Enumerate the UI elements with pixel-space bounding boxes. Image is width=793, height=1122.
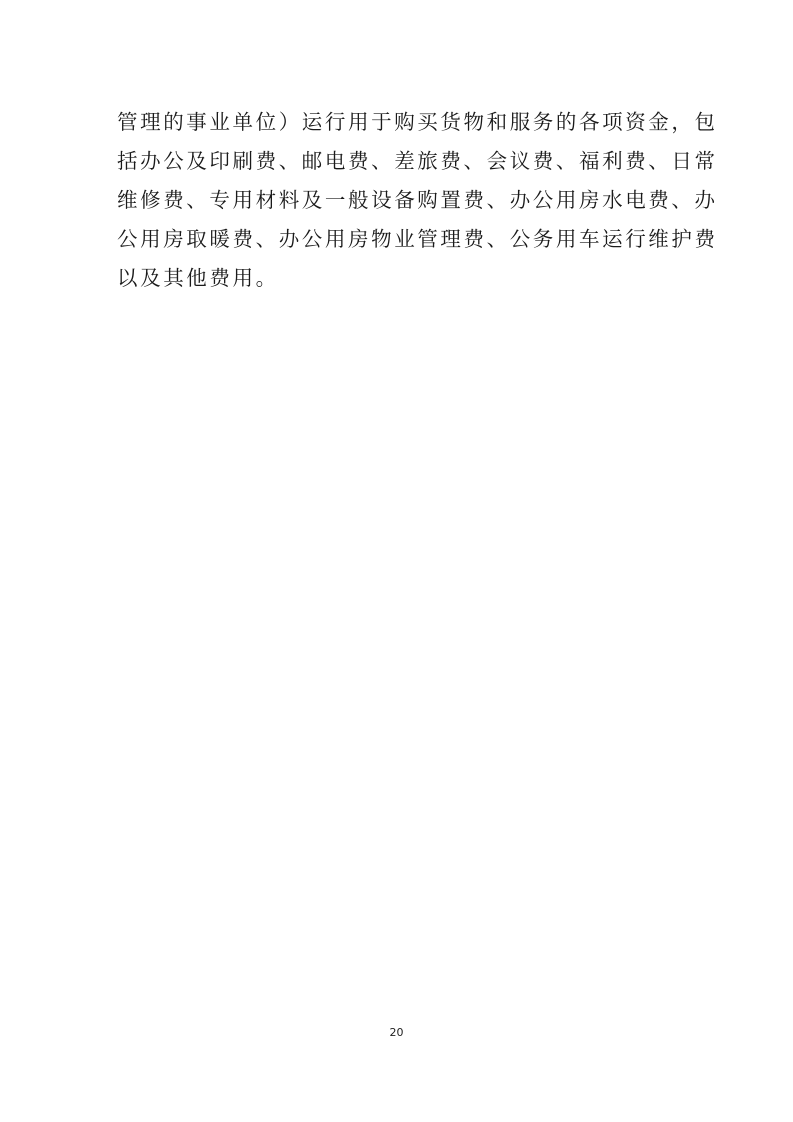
paragraph-line: 公用房取暖费、办公用房物业管理费、公务用车运行维护费 — [117, 220, 677, 259]
paragraph-line: 以及其他费用。 — [117, 259, 677, 298]
document-page: 管理的事业单位）运行用于购买货物和服务的各项资金，包 括办公及印刷费、邮电费、差… — [0, 0, 793, 1122]
page-number: 20 — [0, 1026, 793, 1039]
paragraph-line: 维修费、专用材料及一般设备购置费、办公用房水电费、办 — [117, 181, 677, 220]
body-paragraph: 管理的事业单位）运行用于购买货物和服务的各项资金，包 括办公及印刷费、邮电费、差… — [117, 103, 677, 298]
paragraph-line: 括办公及印刷费、邮电费、差旅费、会议费、福利费、日常 — [117, 142, 677, 181]
paragraph-line: 管理的事业单位）运行用于购买货物和服务的各项资金，包 — [117, 103, 677, 142]
